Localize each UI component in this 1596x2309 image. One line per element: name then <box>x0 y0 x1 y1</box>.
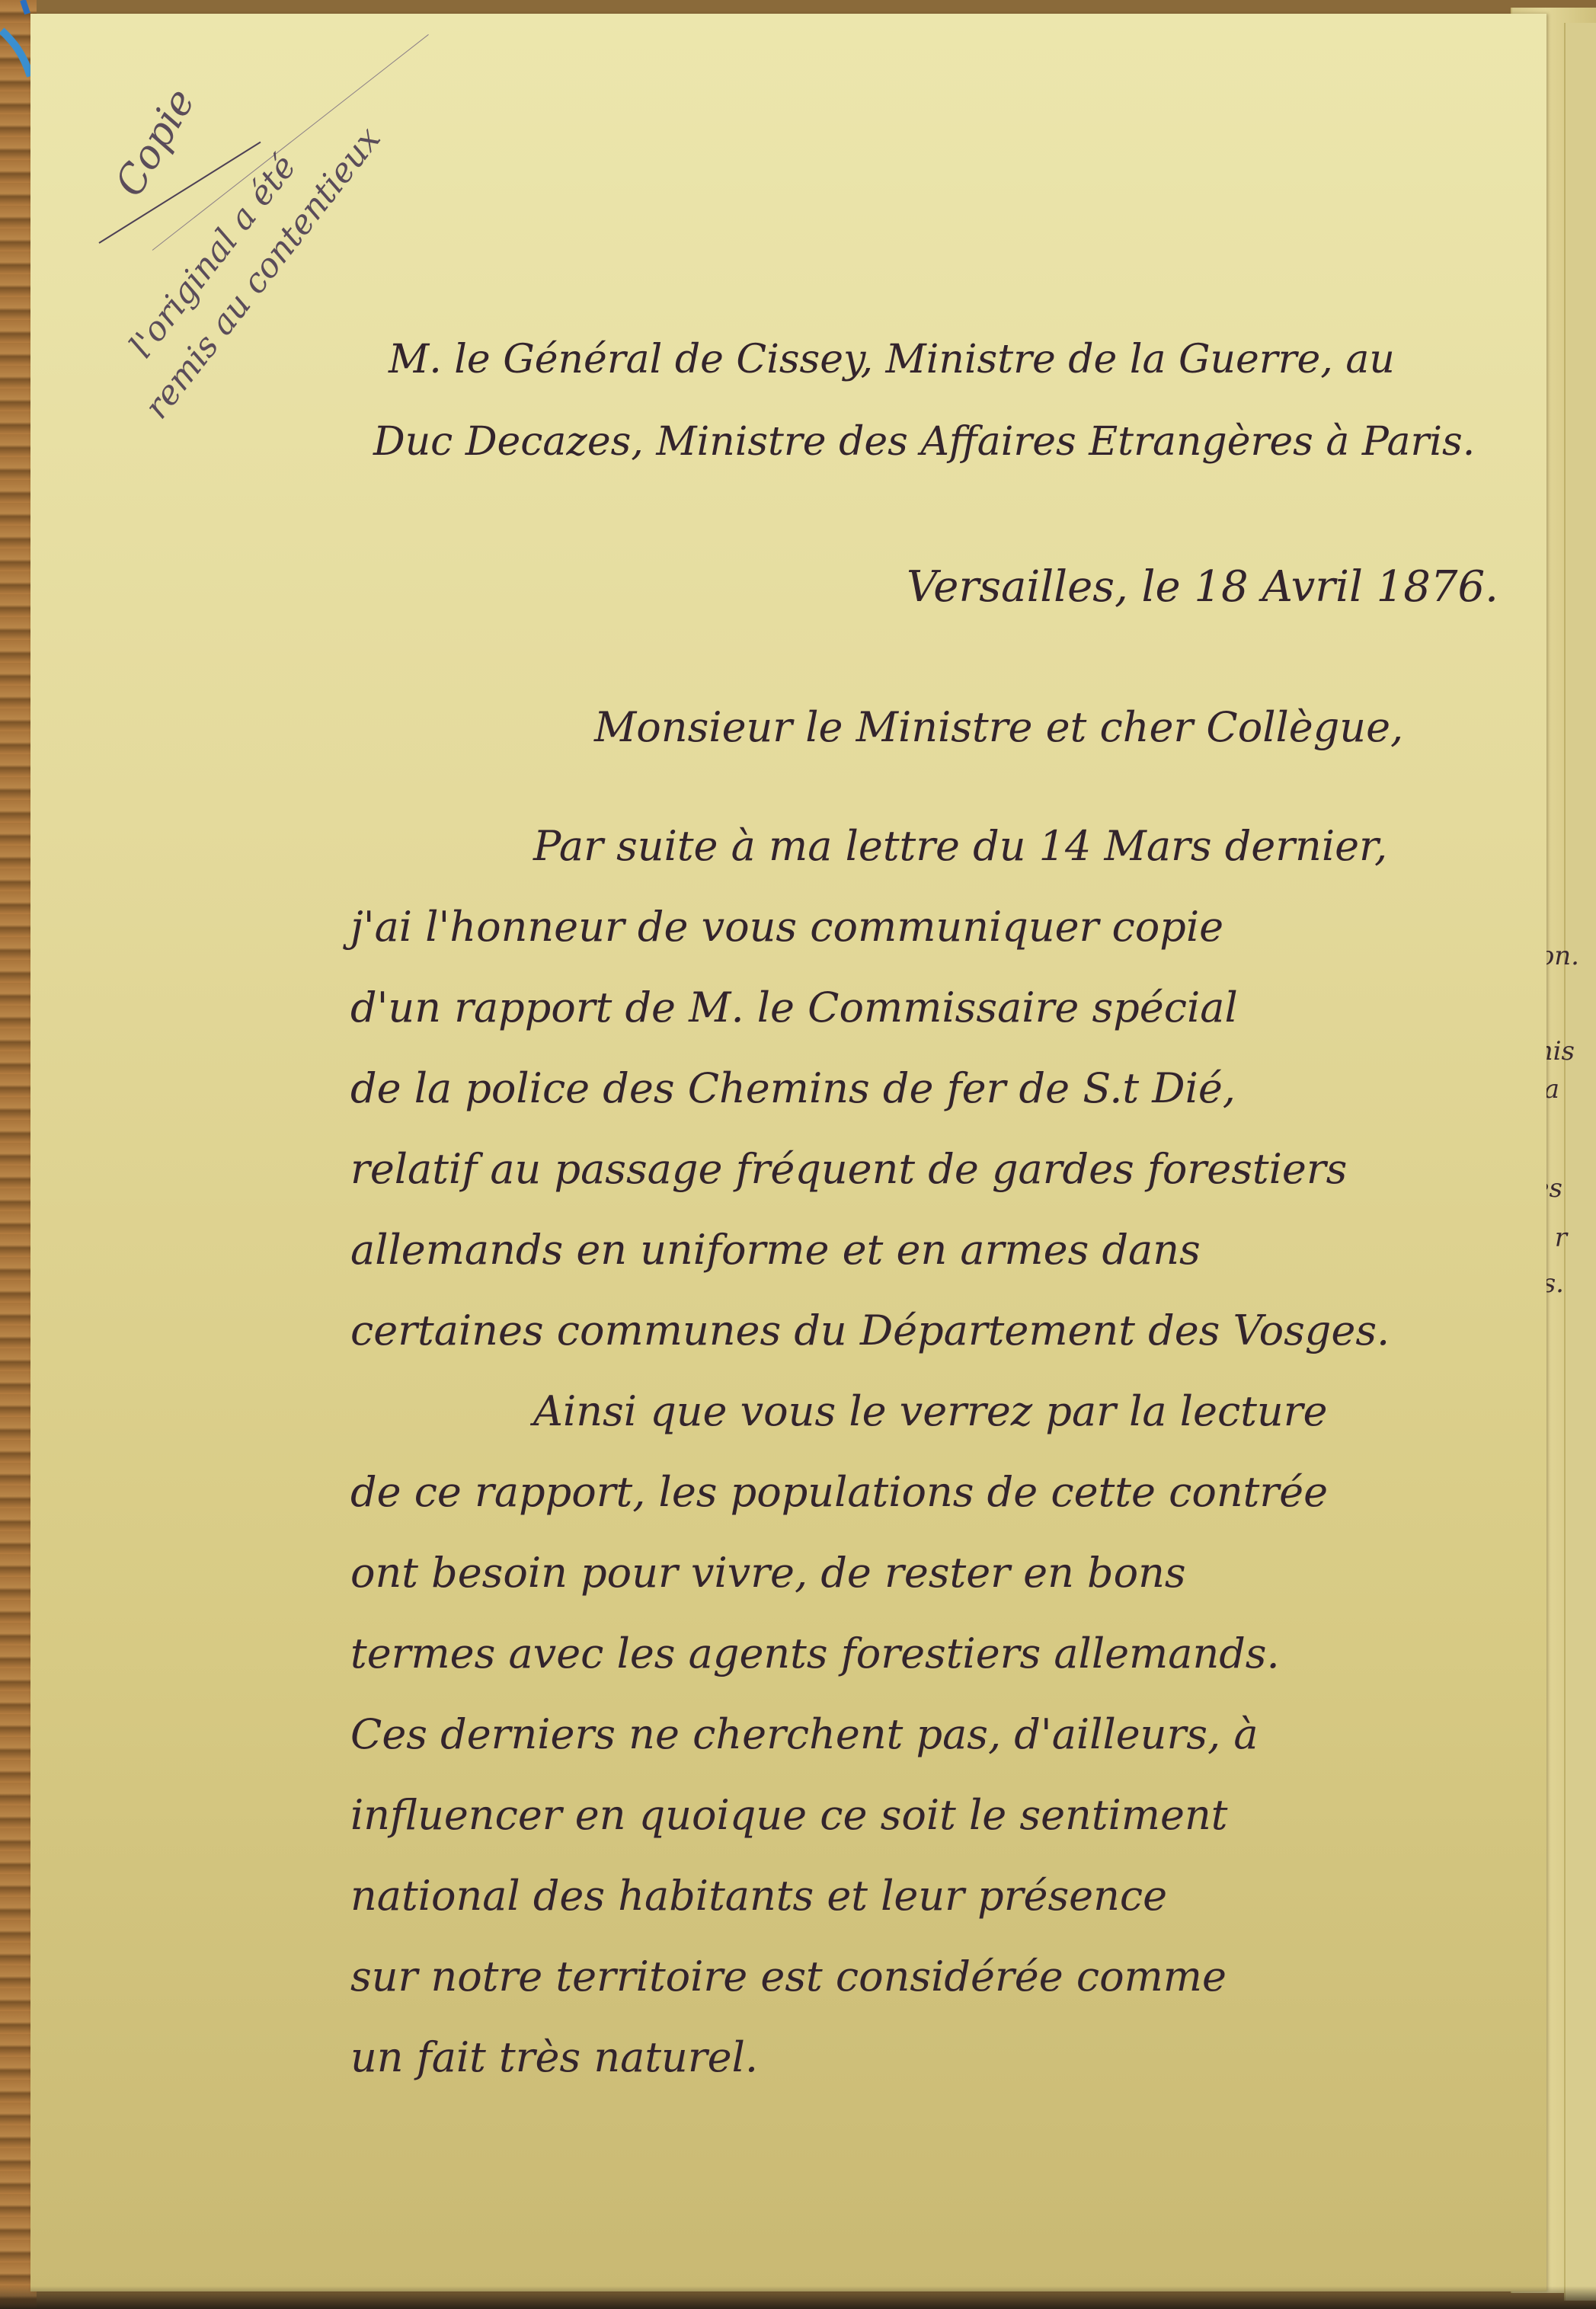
body-line: allemands en uniforme et en armes dans <box>350 1210 1524 1290</box>
letter-page: Copie l'original a été remis au contenti… <box>30 14 1546 2291</box>
body-line: de la police des Chemins de fer de S.t D… <box>350 1048 1524 1129</box>
letter-header: M. le Général de Cissey, Ministre de la … <box>389 318 1516 483</box>
body-line: termes avec les agents forestiers allema… <box>350 1613 1524 1694</box>
underlying-sheet-edge <box>1564 23 1596 2301</box>
margin-annotation: Copie l'original a été remis au contenti… <box>76 75 442 349</box>
letter-body: Par suite à ma lettre du 14 Mars dernier… <box>350 806 1524 2098</box>
salutation: Monsieur le Ministre et cher Collègue, <box>594 703 1403 751</box>
body-line: Par suite à ma lettre du 14 Mars dernier… <box>350 806 1524 887</box>
underlying-sheet-fragment: r <box>1555 1223 1567 1253</box>
body-line: relatif au passage fréquent de gardes fo… <box>350 1129 1524 1210</box>
body-line: sur notre territoire est considérée comm… <box>350 1936 1524 2017</box>
body-line: j'ai l'honneur de vous communiquer copie <box>350 887 1524 967</box>
header-sender-line: M. le Général de Cissey, Ministre de la … <box>389 318 1516 401</box>
body-line: national des habitants et leur présence <box>350 1856 1524 1936</box>
body-line: Ces derniers ne cherchent pas, d'ailleur… <box>350 1694 1524 1775</box>
blue-binding-cord-icon <box>0 0 34 84</box>
dateline: Versailles, le 18 Avril 1876. <box>907 562 1498 612</box>
page-bottom-shadow <box>0 2286 1596 2309</box>
body-line: certaines communes du Département des Vo… <box>350 1290 1524 1371</box>
body-line: Ainsi que vous le verrez par la lecture <box>350 1371 1524 1452</box>
body-line: de ce rapport, les populations de cette … <box>350 1452 1524 1533</box>
header-recipient-line: Duc Decazes, Ministre des Affaires Etran… <box>373 401 1516 483</box>
body-line: d'un rapport de M. le Commissaire spécia… <box>350 967 1524 1048</box>
body-line: influencer en quoique ce soit le sentime… <box>350 1775 1524 1856</box>
body-line: ont besoin pour vivre, de rester en bons <box>350 1533 1524 1613</box>
body-line: un fait très naturel. <box>350 2017 1524 2098</box>
